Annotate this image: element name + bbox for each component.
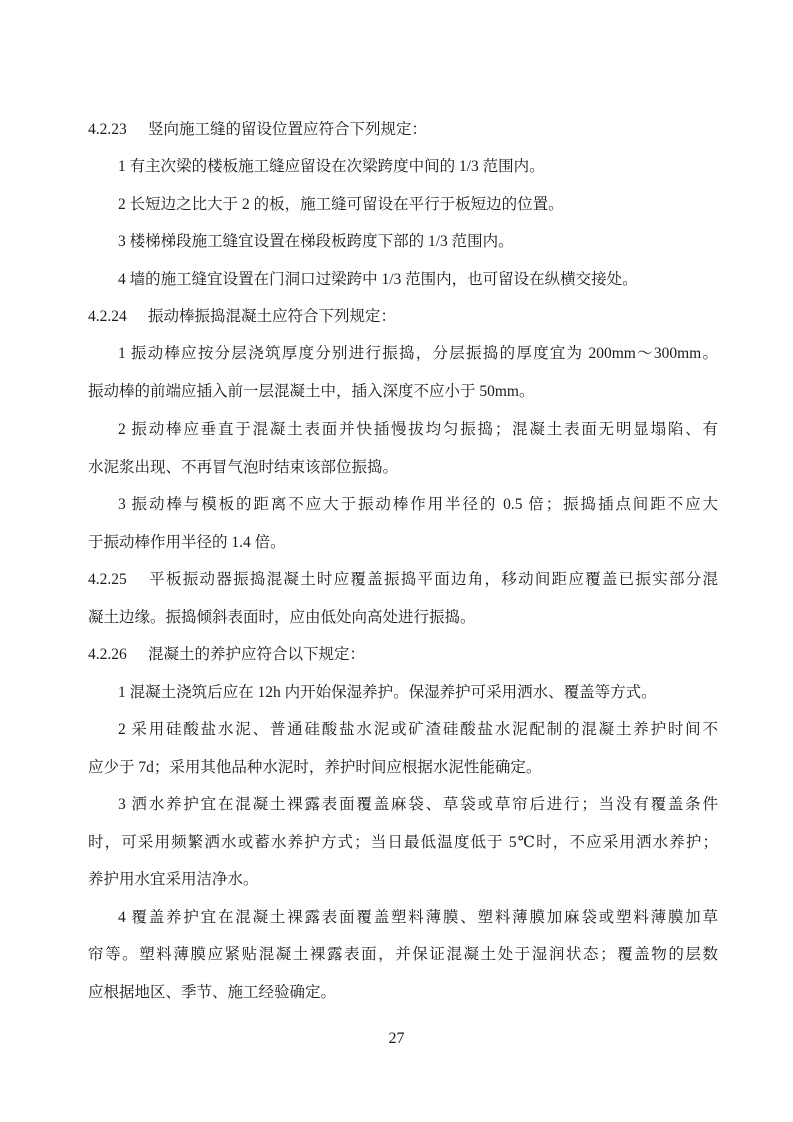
clause-item-continuation: 振动棒的前端应插入前一层混凝土中，插入深度不应小于 50mm。 [88,382,718,402]
clause-heading-4-2-26: 4.2.26混凝土的养护应符合以下规定： [88,645,718,665]
clause-number: 4.2.23 [88,120,148,140]
clause-item: 4 覆盖养护宜在混凝土裸露表面覆盖塑料薄膜、塑料薄膜加麻袋或塑料薄膜加草 [118,908,718,928]
clause-heading-4-2-24: 4.2.24振动棒振捣混凝土应符合下列规定： [88,307,718,327]
clause-item: 3 振动棒与模板的距离不应大于振动棒作用半径的 0.5 倍；振捣插点间距不应大 [118,495,718,515]
clause-heading-4-2-23: 4.2.23竖向施工缝的留设位置应符合下列规定： [88,120,718,140]
clause-item-continuation: 于振动棒作用半径的 1.4 倍。 [88,533,718,553]
clause-item-continuation: 时，可采用频繁洒水或蓄水养护方式；当日最低温度低于 5℃时，不应采用洒水养护； [88,833,718,853]
clause-item: 2 长短边之比大于 2 的板，施工缝可留设在平行于板短边的位置。 [118,195,718,215]
clause-title: 振动棒振捣混凝土应符合下列规定： [148,308,396,325]
clause-item: 4 墙的施工缝宜设置在门洞口过梁跨中 1/3 范围内，也可留设在纵横交接处。 [118,270,718,290]
clause-number: 4.2.25 [88,570,148,590]
clause-title: 平板振动器振捣混凝土时应覆盖振捣平面边角，移动间距应覆盖已振实部分混 [148,571,718,588]
clause-item: 2 采用硅酸盐水泥、普通硅酸盐水泥或矿渣硅酸盐水泥配制的混凝土养护时间不 [118,720,718,740]
clause-title: 混凝土的养护应符合以下规定： [148,646,365,663]
document-page: 4.2.23竖向施工缝的留设位置应符合下列规定： 1 有主次梁的楼板施工缝应留设… [0,0,793,1122]
clause-number: 4.2.24 [88,307,148,327]
clause-item-continuation: 帘等。塑料薄膜应紧贴混凝土裸露表面，并保证混凝土处于湿润状态；覆盖物的层数 [88,945,718,965]
clause-continuation: 凝土边缘。振捣倾斜表面时，应由低处向高处进行振捣。 [88,608,718,628]
clause-heading-4-2-25: 4.2.25平板振动器振捣混凝土时应覆盖振捣平面边角，移动间距应覆盖已振实部分混 [88,570,718,590]
clause-item-continuation: 应少于 7d；采用其他品种水泥时，养护时间应根据水泥性能确定。 [88,758,718,778]
clause-item: 1 有主次梁的楼板施工缝应留设在次梁跨度中间的 1/3 范围内。 [118,157,718,177]
clause-item: 3 楼梯梯段施工缝宜设置在梯段板跨度下部的 1/3 范围内。 [118,232,718,252]
clause-item-continuation: 养护用水宜采用洁净水。 [88,870,718,890]
clause-item-continuation: 应根据地区、季节、施工经验确定。 [88,983,718,1003]
clause-title: 竖向施工缝的留设位置应符合下列规定： [148,121,427,138]
clause-item: 1 振动棒应按分层浇筑厚度分别进行振捣，分层振捣的厚度宜为 200mm～300m… [118,344,718,364]
clause-number: 4.2.26 [88,645,148,665]
clause-item: 1 混凝土浇筑后应在 12h 内开始保湿养护。保湿养护可采用洒水、覆盖等方式。 [118,683,718,703]
clause-item-continuation: 水泥浆出现、不再冒气泡时结束该部位振捣。 [88,458,718,478]
page-number: 27 [0,1030,793,1048]
clause-item: 3 洒水养护宜在混凝土裸露表面覆盖麻袋、草袋或草帘后进行；当没有覆盖条件 [118,795,718,815]
clause-item: 2 振动棒应垂直于混凝土表面并快插慢拔均匀振捣；混凝土表面无明显塌陷、有 [118,420,718,440]
